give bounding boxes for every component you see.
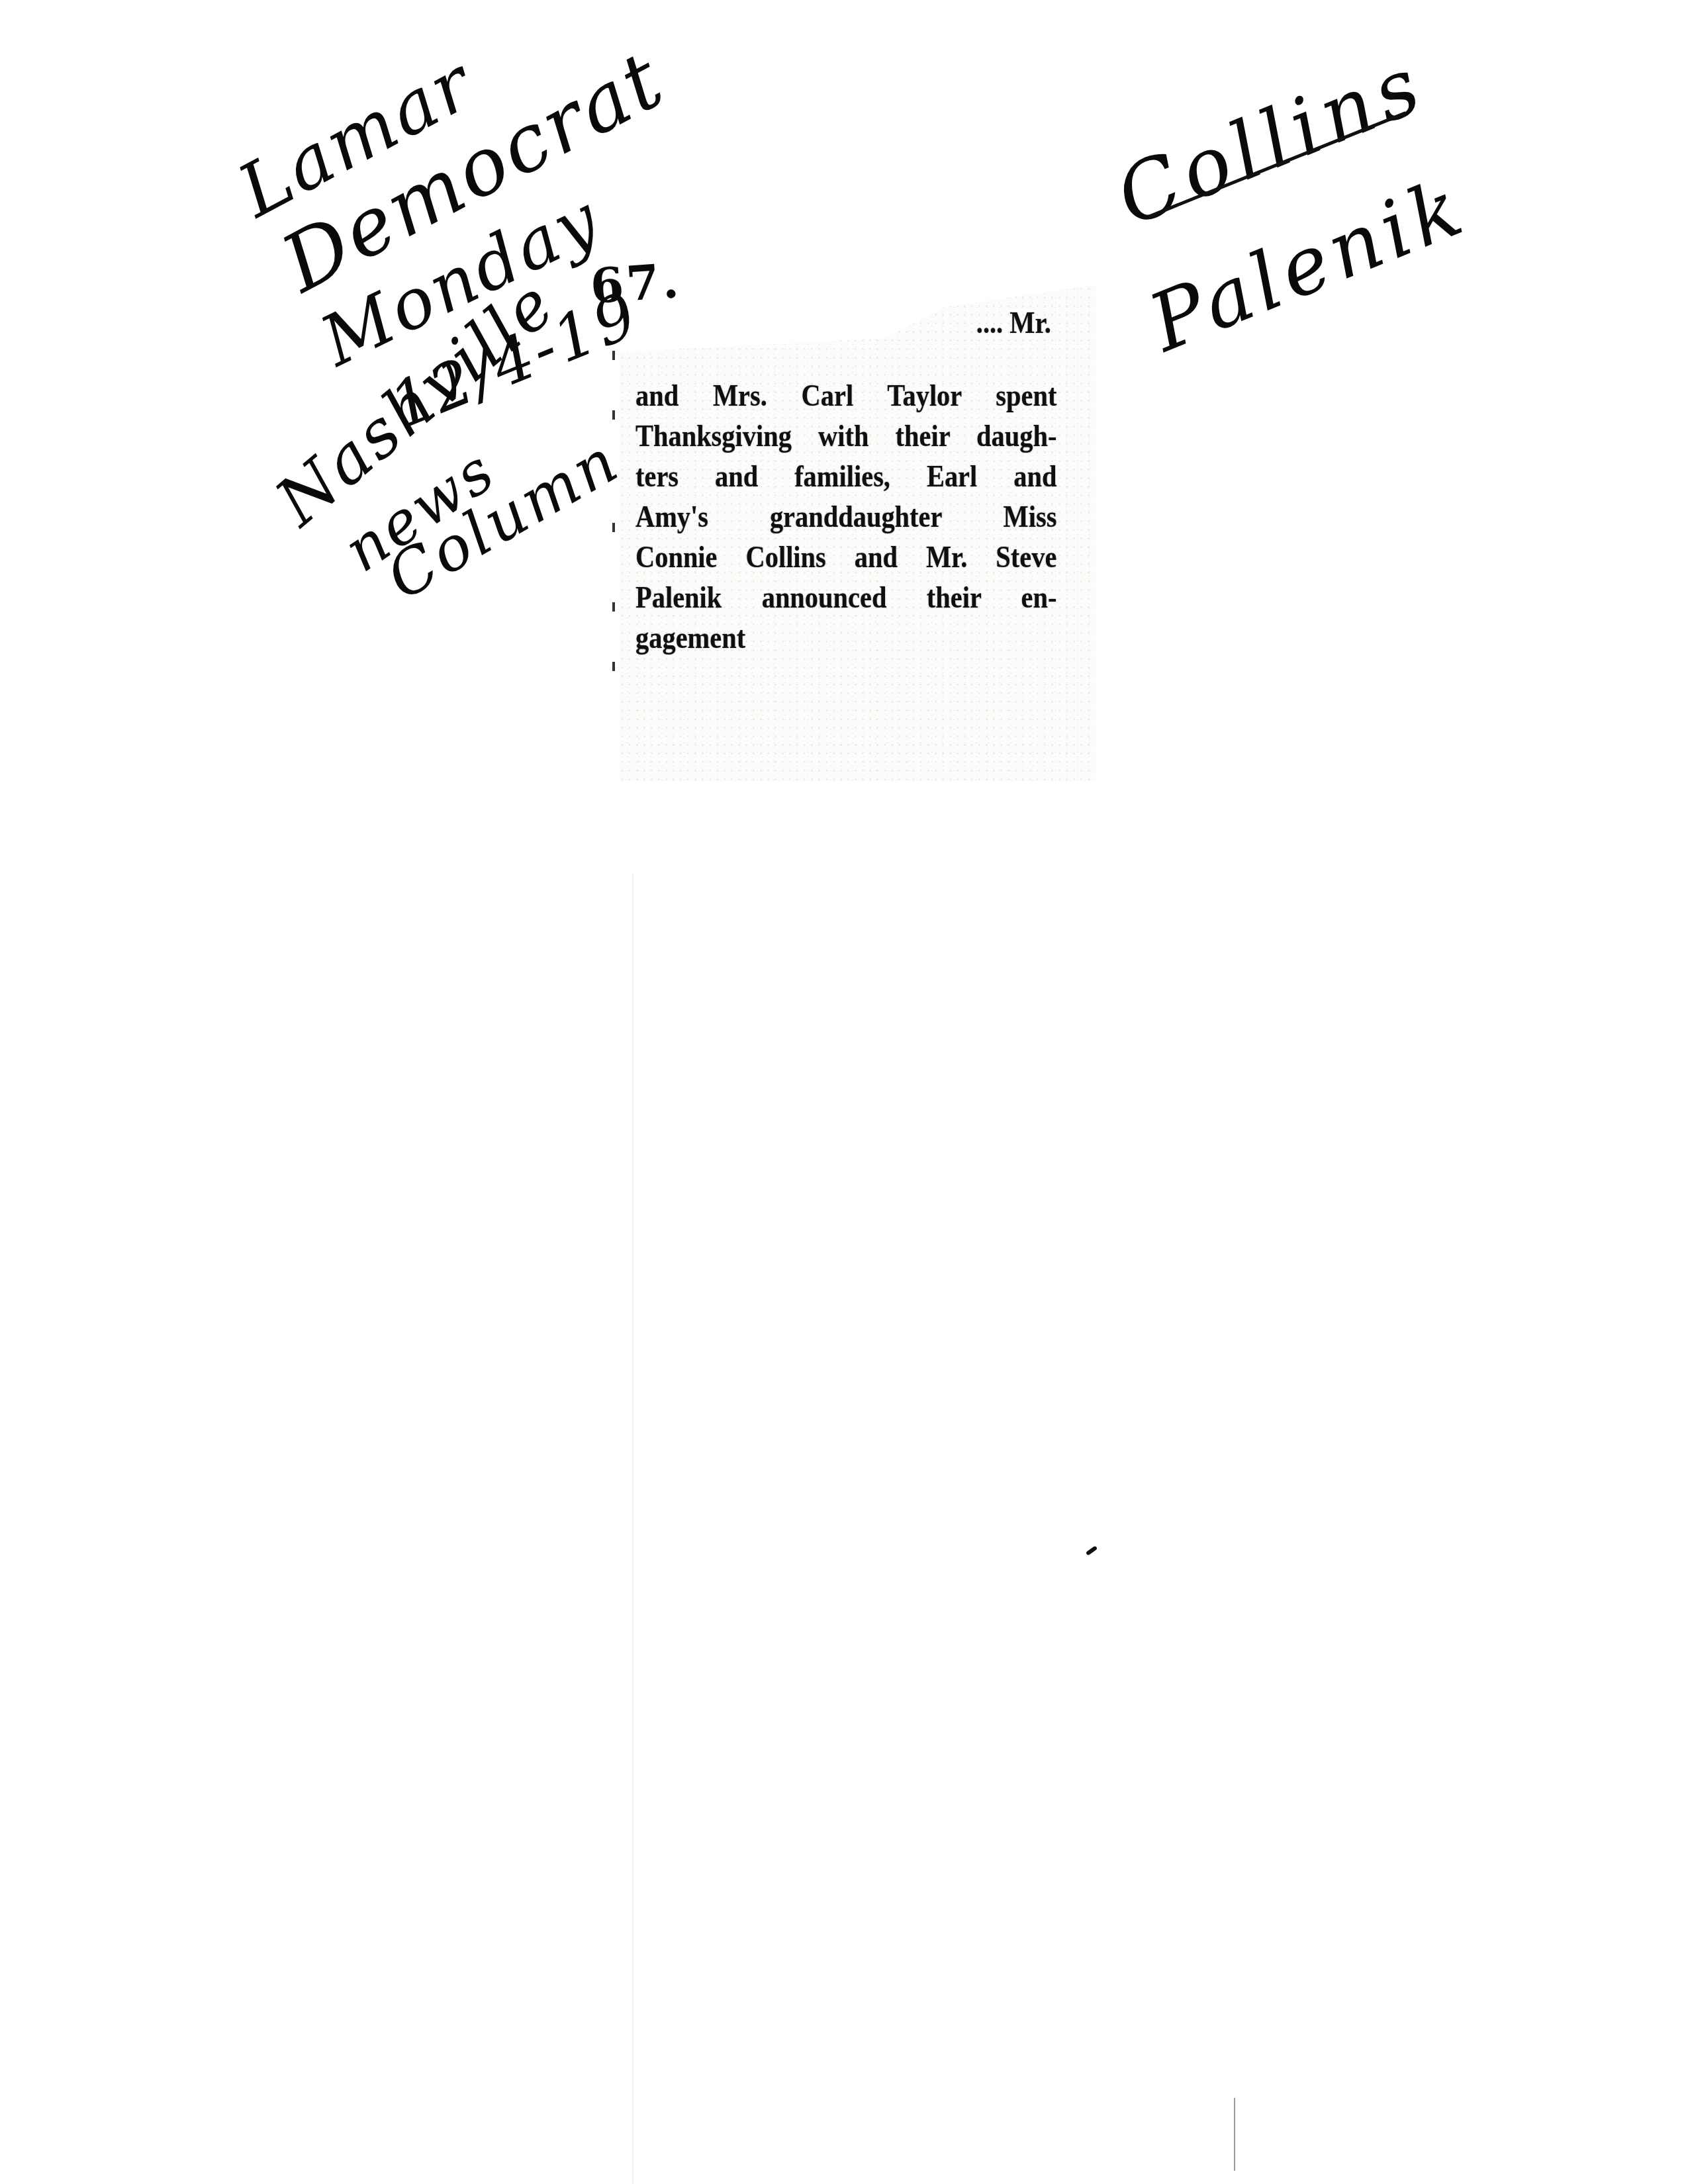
handwritten-year: 67. bbox=[588, 252, 683, 314]
newspaper-clipping: .... Mr. and Mrs. Carl Taylor spent Than… bbox=[619, 285, 1096, 781]
scan-edge-mark bbox=[612, 410, 615, 420]
scanned-page: Lamar Democrat Monday 12/4-19 67. Nashvi… bbox=[0, 0, 1688, 2184]
scan-artifact-mark bbox=[1086, 1545, 1098, 1555]
clipping-line: Connie Collins and Mr. Steve bbox=[635, 537, 1056, 578]
scan-artifact-line bbox=[1234, 2098, 1235, 2171]
scan-edge-mark bbox=[612, 662, 615, 671]
scan-edge-mark bbox=[612, 523, 615, 532]
clipping-line: Palenik announced their en- bbox=[635, 578, 1056, 618]
scan-edge-mark bbox=[612, 351, 615, 360]
clipping-line: and Mrs. Carl Taylor spent bbox=[635, 376, 1056, 416]
clipping-line: Thanksgiving with their daugh- bbox=[635, 416, 1056, 457]
scan-artifact-line bbox=[632, 874, 633, 2184]
clipping-line: gagement bbox=[635, 618, 1056, 659]
clipping-line: .... Mr. bbox=[635, 296, 1056, 349]
clipping-line: Amy's granddaughter Miss bbox=[635, 497, 1056, 537]
clipping-line: ters and families, Earl and bbox=[635, 457, 1056, 497]
clipping-text: .... Mr. and Mrs. Carl Taylor spent Than… bbox=[635, 296, 1056, 659]
scan-edge-mark bbox=[612, 602, 615, 612]
